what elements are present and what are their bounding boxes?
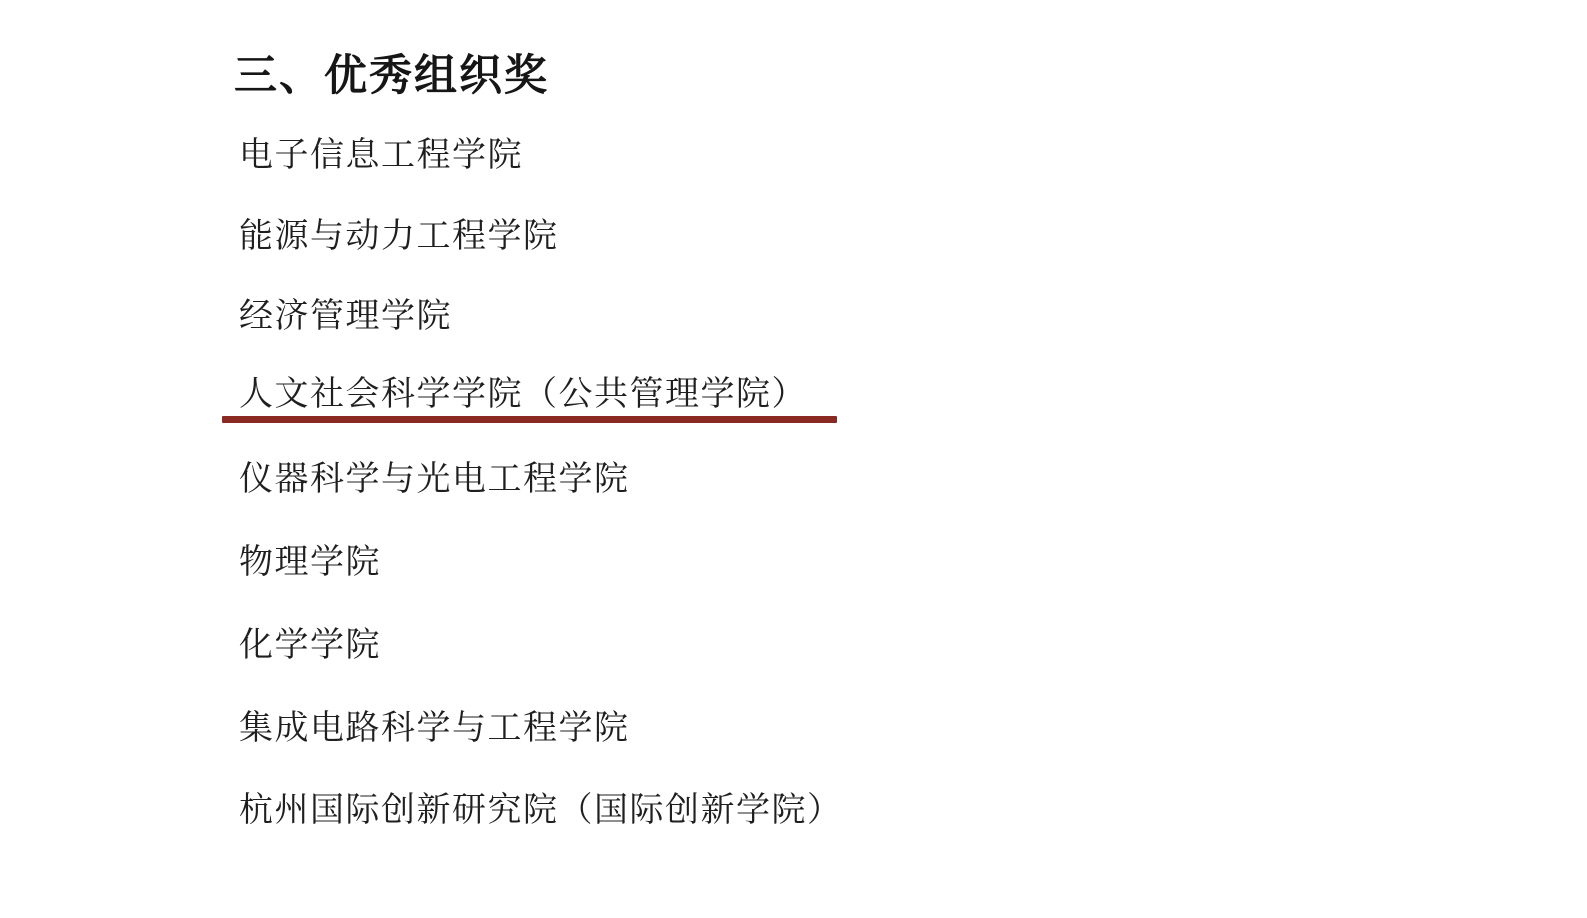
section-heading: 三、优秀组织奖 bbox=[234, 42, 549, 103]
list-item-college: 物理学院 bbox=[239, 546, 381, 580]
college-name: 物理学院 bbox=[239, 544, 381, 581]
list-item-college: 化学学院 bbox=[239, 629, 381, 663]
list-item-college: 电子信息工程学院 bbox=[239, 139, 523, 173]
college-name: 能源与动力工程学院 bbox=[239, 218, 559, 255]
list-item-college: 能源与动力工程学院 bbox=[239, 220, 559, 254]
list-item-college-highlighted: 人文社会科学学院（公共管理学院） bbox=[239, 378, 807, 412]
college-name: 杭州国际创新研究院（国际创新学院） bbox=[239, 792, 843, 829]
list-item-college: 经济管理学院 bbox=[239, 300, 452, 334]
list-item-college: 杭州国际创新研究院（国际创新学院） bbox=[239, 794, 843, 828]
college-name: 人文社会科学学院（公共管理学院） bbox=[239, 376, 807, 413]
list-item-college: 仪器科学与光电工程学院 bbox=[239, 463, 630, 497]
college-name: 电子信息工程学院 bbox=[239, 137, 523, 174]
college-name: 集成电路科学与工程学院 bbox=[239, 710, 630, 747]
college-name: 化学学院 bbox=[239, 627, 381, 664]
college-name: 经济管理学院 bbox=[239, 298, 452, 335]
document-page: 三、优秀组织奖 电子信息工程学院 能源与动力工程学院 经济管理学院 人文社会科学… bbox=[0, 0, 1587, 918]
college-name: 仪器科学与光电工程学院 bbox=[239, 461, 630, 498]
list-item-college: 集成电路科学与工程学院 bbox=[239, 712, 630, 746]
red-underline bbox=[222, 416, 837, 423]
